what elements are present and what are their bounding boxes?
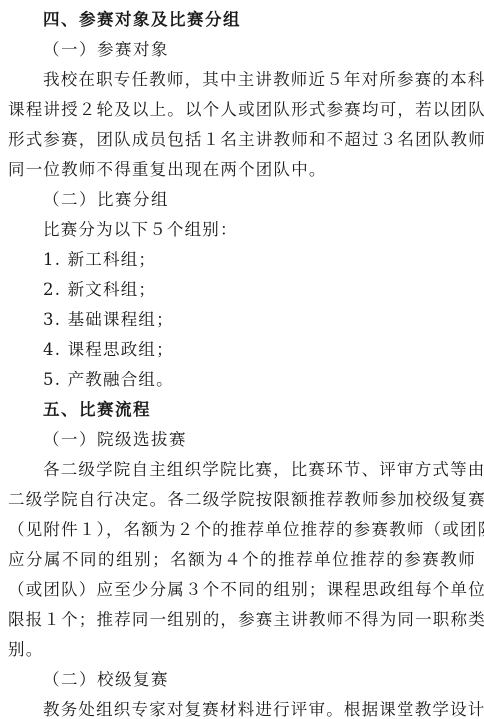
paragraph-line: 同一位教师不得重复出现在两个团队中。 xyxy=(8,155,476,185)
paragraph-line: 限报１个；推荐同一组别的，参赛主讲教师不得为同一职称类 xyxy=(8,605,476,635)
subsection-heading-groups: （二）比赛分组 xyxy=(43,185,476,215)
list-item-group-3: 3. 基础课程组； xyxy=(43,305,476,335)
subsection-heading-school-round: （二）校级复赛 xyxy=(43,665,476,695)
section-heading-4: 四、参赛对象及比赛分组 xyxy=(43,5,476,35)
paragraph-line: 课程讲授２轮及以上。以个人或团队形式参赛均可，若以团队 xyxy=(8,95,476,125)
paragraph-line: 形式参赛，团队成员包括１名主讲教师和不超过３名团队教师。 xyxy=(8,125,476,155)
paragraph-line: （或团队）应至少分属３个不同的组别；课程思政组每个单位 xyxy=(8,575,476,605)
list-item-group-5: 5. 产教融合组。 xyxy=(43,365,476,395)
list-item-group-2: 2. 新文科组； xyxy=(43,275,476,305)
subsection-heading-college-round: （一）院级选拔赛 xyxy=(43,425,476,455)
paragraph-line: 各二级学院自主组织学院比赛，比赛环节、评审方式等由 xyxy=(43,455,476,485)
list-item-group-4: 4. 课程思政组； xyxy=(43,335,476,365)
paragraph-line: 我校在职专任教师，其中主讲教师近５年对所参赛的本科 xyxy=(43,65,476,95)
section-heading-5: 五、比赛流程 xyxy=(43,395,476,425)
list-item-group-1: 1. 新工科组； xyxy=(43,245,476,275)
paragraph-line: 比赛分为以下５个组别： xyxy=(43,215,476,245)
paragraph-line: 二级学院自行决定。各二级学院按限额推荐教师参加校级复赛 xyxy=(8,485,476,515)
paragraph-line: 别。 xyxy=(8,635,476,665)
paragraph-line: （见附件１），名额为２个的推荐单位推荐的参赛教师（或团队） xyxy=(8,515,476,545)
subsection-heading-participants: （一）参赛对象 xyxy=(43,35,476,65)
document-page: 四、参赛对象及比赛分组 （一）参赛对象 我校在职专任教师，其中主讲教师近５年对所… xyxy=(0,0,484,719)
paragraph-line: 教务处组织专家对复赛材料进行评审。根据课堂教学设计 xyxy=(43,695,476,719)
paragraph-line: 应分属不同的组别；名额为４个的推荐单位推荐的参赛教师 xyxy=(8,545,476,575)
